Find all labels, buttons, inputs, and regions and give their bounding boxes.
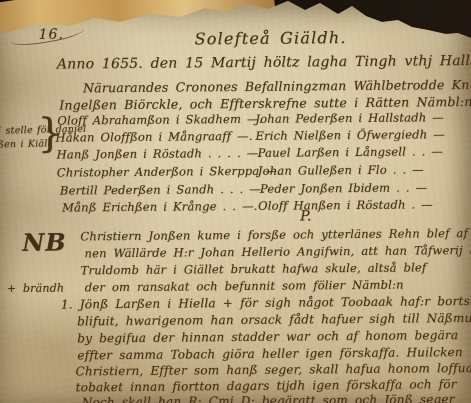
jury-row-left-3: Hanß Jonßen i Röstadh . . . . —. (57, 147, 263, 161)
item1-line-2: blifuit, hwarigenom han orsack fådt hafu… (77, 312, 471, 329)
item1-line-3: by begifua der hinnan stadder war och af… (77, 329, 458, 346)
item1-line-5: Christiern, Effter som hanß seger, skall… (75, 362, 471, 379)
margin-note-nb: NB (22, 229, 66, 256)
nb-line-4: der om ransakat och befunnit som fölier … (85, 279, 404, 294)
jury-row-left-1: Oloff Abrahamßon i Skadhem —. (57, 113, 262, 127)
jury-row-left-6: Månß Erichßen i Krånge . . —. (62, 200, 258, 214)
jury-row-left-4: Christopher Anderßon i Skerppa —. (57, 165, 281, 180)
jury-row-right-4: Johan Gulleßen i Flo . . — (258, 163, 424, 177)
jury-row-right-2: Erich Nielßen i Öfwergiedh — (255, 128, 444, 142)
manuscript-page: 16. Solefteå Giäldh. Anno 1655. den 15 M… (0, 0, 471, 403)
intro-line-1: Anno 1655. den 15 Martij höltz lagha Tin… (57, 53, 471, 72)
jury-row-right-5: Peder Jonßen Ibidem . . — (260, 181, 427, 195)
section-mark: P. (300, 209, 311, 224)
folio-number: 16. (38, 27, 63, 43)
jury-row-left-2: Håkan Oloffßon i Mångraaff —. (55, 130, 252, 144)
item1-line-1: 1. Jönß Larßen i Hiella + för sigh något… (61, 295, 471, 312)
item1-line-7-partial: Noch skall han R: Cmi D: begäratt som oc… (82, 393, 455, 403)
page-content: 16. Solefteå Giäldh. Anno 1655. den 15 M… (0, 0, 471, 403)
jury-row-right-1: Johan Pederßen i Hallstadh — (255, 111, 444, 125)
jury-row-left-5: Bertill Pederßen i Sandh . . . —. (60, 183, 265, 197)
nb-line-2: nen Wällärde H:r Johan Hellerio Angifwin… (84, 244, 471, 260)
jury-row-right-6: Oloff Hanßen i Röstadh . — (258, 198, 433, 212)
margin-note-brandh: + brändh (7, 282, 64, 295)
jury-row-right-3: Pauel Larßen i Långsell . . — (258, 145, 444, 159)
manuscript-photo: 16. Solefteå Giäldh. Anno 1655. den 15 M… (0, 0, 471, 403)
item1-line-4: effter samma Tobach giöra heller igen fö… (77, 346, 463, 363)
nb-line-1: Christiern Jonßen kume i forsße och ytte… (80, 226, 471, 243)
intro-line-2: Näruarandes Cronones Befallningzman Wähl… (83, 78, 471, 95)
nb-line-3: Truldomb här i Giället brukatt hafwa sku… (81, 261, 427, 277)
page-heading: Solefteå Giäldh. (195, 29, 347, 48)
